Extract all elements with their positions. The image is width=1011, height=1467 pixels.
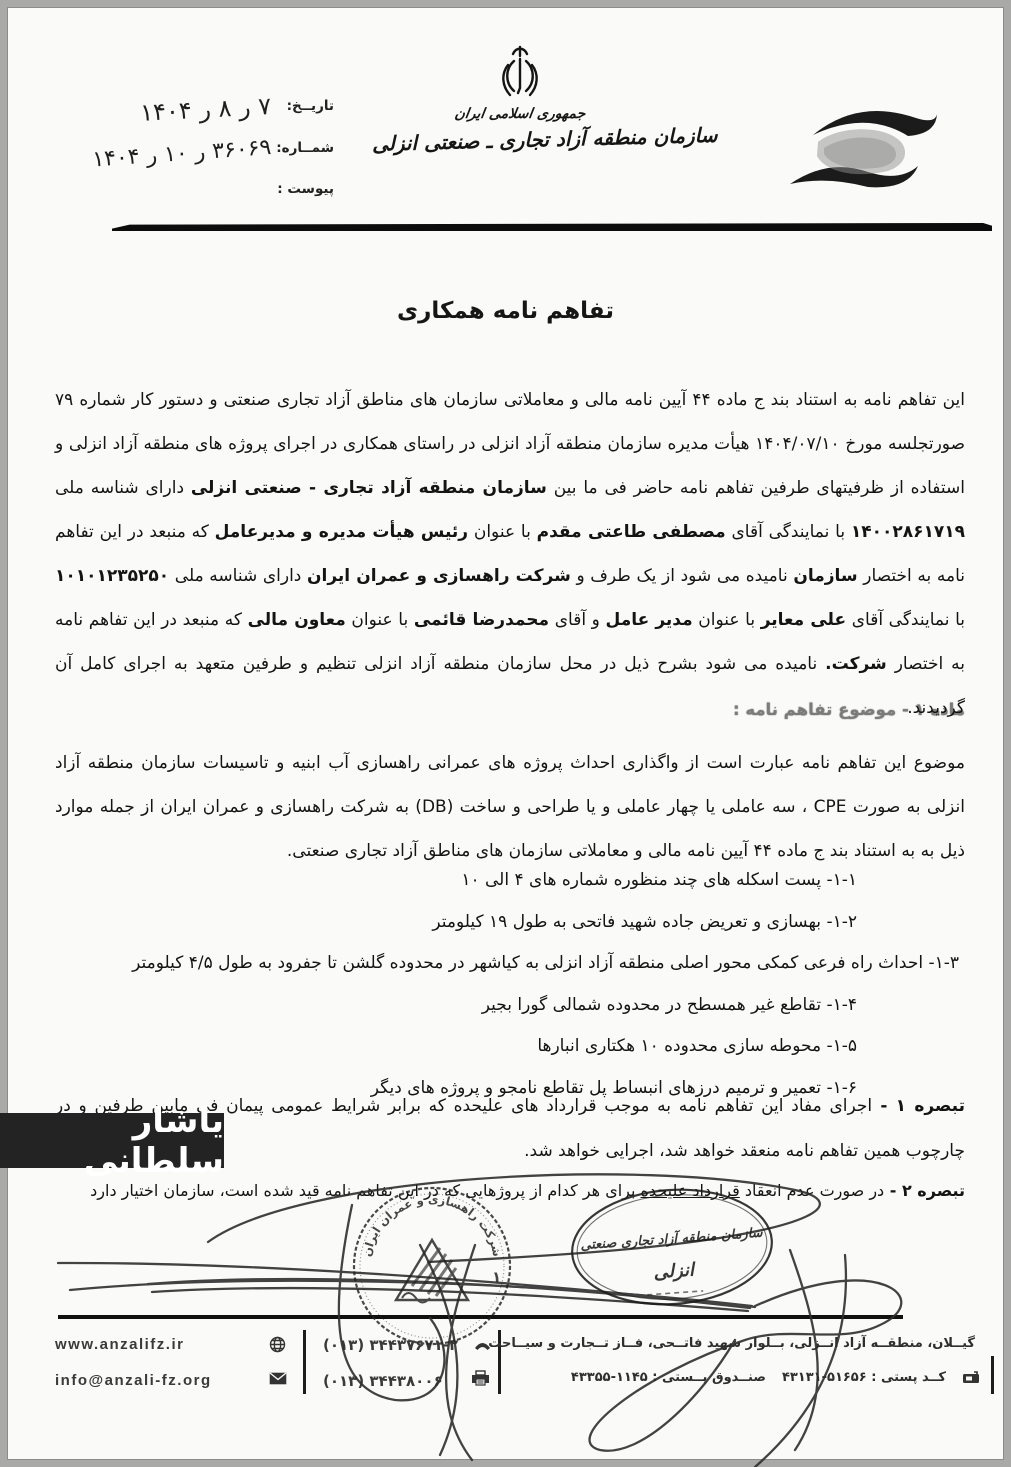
po-box-value: ۴۳۳۵۵-۱۱۴۵ [571,1370,648,1385]
letterhead-fields: تاریــخ: ۷ ر ۸ ر ۱۴۰۴ شمــاره: ۳۶۰۶۹ ر ۱… [62,92,334,221]
postal-icon [962,1370,980,1385]
fax-icon [471,1370,490,1386]
date-value-handwritten: ۷ ر ۸ ر ۱۴۰۴ [139,92,271,127]
scanned-document: تاریــخ: ۷ ر ۸ ر ۱۴۰۴ شمــاره: ۳۶۰۶۹ ر ۱… [0,0,1011,1467]
globe-icon [269,1336,286,1353]
list-item: ۱-۳- احداث راه فرعی کمکی محور اصلی منطقه… [55,943,965,985]
attachment-row: پیوست : [62,178,334,221]
number-label: شمــاره: [276,140,334,156]
project-list: ۱-۱- پست اسکله های چند منظوره شماره های … [55,860,965,1109]
watermark-name: یاشار سلطانی [0,1113,224,1168]
po-box: صنــدوق پــستی : ۴۳۳۵۵-۱۱۴۵ [571,1370,766,1385]
date-row: تاریــخ: ۷ ر ۸ ر ۱۴۰۴ [62,92,334,135]
number-value-handwritten: ۳۶۰۶۹ ر ۱۰ ر ۱۴۰۴ [91,135,272,172]
preamble-paragraph: این تفاهم نامه به استناد بند ج ماده ۴۴ آ… [55,378,965,730]
date-label: تاریــخ: [276,98,334,114]
address-row: گیــلان، منطقــه آزاد انــزلی، بــلوار ش… [515,1334,985,1352]
postal-row: کــد پستی : ۴۳۱۳۱-۵۱۶۵۶ صنــدوق پــستی :… [510,1370,980,1385]
page-title: تفاهم نامه همکاری [0,298,1011,324]
article1-heading: ماده ۱ - موضوع تفاهم نامه : [55,700,965,719]
letterhead-center: جمهوری اسلامی ایران سازمان منطقه آزاد تج… [372,44,668,152]
attachment-label: پیوست : [276,181,334,197]
organization-name: سازمان منطقه آزاد تجاری ـ صنعتی انزلی [372,124,669,156]
postal-code-label: کــد پستی : [871,1370,946,1385]
envelope-icon [269,1372,287,1385]
list-item: ۱-۱- پست اسکله های چند منظوره شماره های … [55,860,965,902]
footer-separator [991,1356,994,1394]
phone-number: (۰۱۳) ۳۴۴۳۷۶۷۱-۲ [323,1336,458,1354]
note2-paragraph: تبصره ۲ - در صورت عدم انعقاد قرارداد علی… [55,1181,965,1200]
email-link[interactable]: info@anzali-fz.org [55,1372,212,1389]
list-item: ۱-۵- محوطه سازی محدوده ۱۰ هکتاری انبارها [55,1026,965,1068]
postal-code-value: ۴۳۱۳۱-۵۱۶۵۶ [782,1370,867,1385]
footer-divider [58,1315,903,1319]
po-box-label: صنــدوق پــستی : [652,1370,766,1385]
footer: www.anzalifz.ir info@anzali-fz.org (۰۱۳)… [55,1328,1000,1420]
website-link[interactable]: www.anzalifz.ir [55,1336,184,1353]
address-text: گیــلان، منطقــه آزاد انــزلی، بــلوار ش… [488,1336,975,1351]
footer-separator [303,1330,306,1394]
list-item: ۱-۴- تقاطع غیر همسطح در محدوده شمالی گور… [55,985,965,1027]
iran-emblem-icon [497,44,543,104]
list-item: ۱-۲- بهسازی و تعریض جاده شهید فاتحی به ط… [55,902,965,944]
country-name: جمهوری اسلامی ایران [371,106,669,122]
fax-number: (۰۱۳) ۳۴۴۳۸۰۰۶ [323,1372,443,1390]
postal-code: کــد پستی : ۴۳۱۳۱-۵۱۶۵۶ [782,1370,946,1385]
subject-paragraph: موضوع این تفاهم نامه عبارت است از واگذار… [55,741,965,873]
wave-logo-icon [788,90,938,205]
number-row: شمــاره: ۳۶۰۶۹ ر ۱۰ ر ۱۴۰۴ [62,135,334,178]
